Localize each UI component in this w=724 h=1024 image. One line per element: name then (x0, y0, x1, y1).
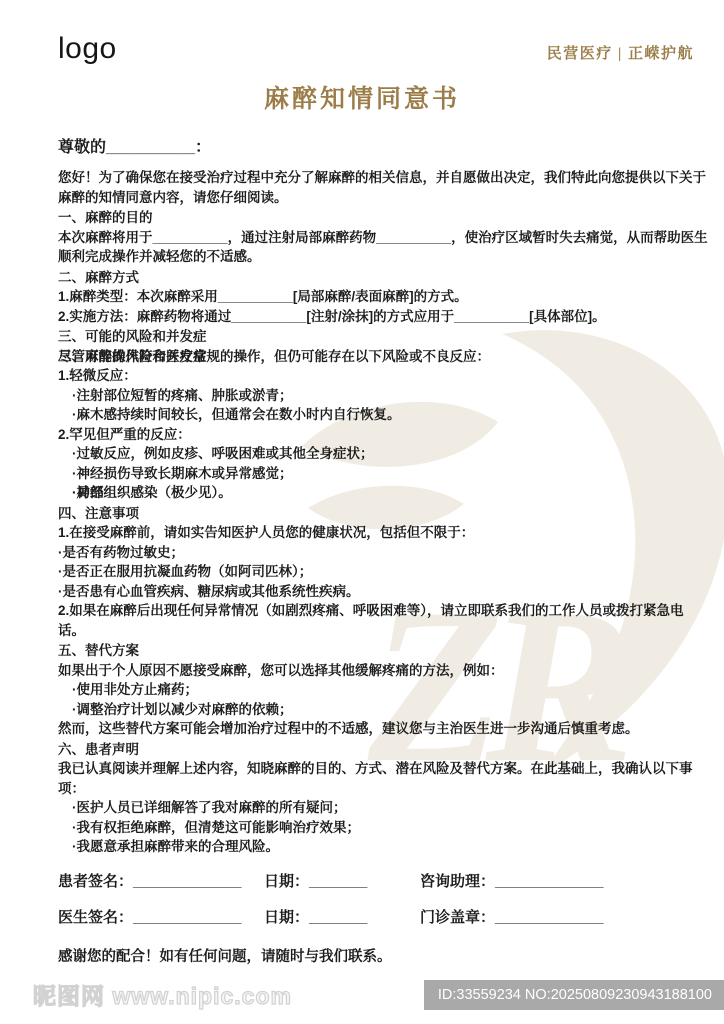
page-title: 麻醉知情同意书 (0, 79, 724, 115)
doc-line: ·是否正在服用抗凝血药物（如阿司匹林）； (58, 562, 710, 582)
doc-line: ·过敏反应，例如皮疹、呼吸困难或其他全身症状； (58, 444, 710, 464)
doc-line: 一、麻醉的目的 (58, 208, 710, 228)
doc-line: 五、替代方案 (58, 641, 710, 661)
doc-line: ·神经损伤导致长期麻木或异常感觉； (58, 464, 710, 484)
signature-field: 患者签名：_____________ (58, 871, 264, 893)
doc-line: 您好！为了确保您在接受治疗过程中充分了解麻醉的相关信息，并自愿做出决定，我们特此… (58, 168, 710, 207)
doc-line: ·我愿意承担麻醉带来的合理风险。 (58, 837, 710, 857)
doc-line: 四、注意事项 (58, 504, 710, 524)
doc-line: 本次麻醉将用于__________，通过注射局部麻醉药物__________，使… (58, 228, 710, 267)
doc-line: 如果出于个人原因不愿接受麻醉，您可以选择其他缓解疼痛的方法，例如： (58, 661, 710, 681)
doc-line: 我已认真阅读并理解上述内容，知晓麻醉的目的、方式、潜在风险及替代方案。在此基础上… (58, 759, 710, 798)
document-body: 尊敬的__________：您好！为了确保您在接受治疗过程中充分了解麻醉的相关信… (0, 115, 724, 968)
doc-line: 三、可能的风险和并发症 (58, 327, 710, 347)
doc-line: 尽管麻醉操作符合医疗常规的操作，但仍可能存在以下风险或不良反应：三、可能的风险和… (58, 347, 710, 367)
signature-field: 咨询助理：_____________ (420, 871, 710, 893)
doc-line: ·局部组织感染（极少见）。·神经 (58, 483, 710, 503)
doc-line: ·医护人员已详细解答了我对麻醉的所有疑问； (58, 798, 710, 818)
doc-line: 1.轻微反应： (58, 366, 710, 386)
doc-line: 2.实施方法：麻醉药物将通过__________[注射/涂抹]的方式应用于___… (58, 307, 710, 327)
signature-field: 日期：_______ (264, 907, 420, 929)
doc-line: 1.麻醉类型：本次麻醉采用__________[局部麻醉/表面麻醉]的方式。 (58, 287, 710, 307)
signature-row: 患者签名：_____________日期：_______咨询助理：_______… (58, 871, 710, 893)
doc-line: ·调整治疗计划以减少对麻醉的依赖； (58, 700, 710, 720)
doc-line: 然而，这些替代方案可能会增加治疗过程中的不适感，建议您与主治医生进一步沟通后慎重… (58, 719, 710, 739)
doc-line: 二、麻醉方式 (58, 268, 710, 288)
doc-line: 1.在接受麻醉前，请如实告知医护人员您的健康状况，包括但不限于： (58, 523, 710, 543)
doc-line: 感谢您的配合！如有任何问题，请随时与我们联系。 (58, 946, 710, 968)
doc-line: ·注射部位短暂的疼痛、肿胀或淤青； (58, 386, 710, 406)
doc-text-overlap: ·神经 (72, 483, 104, 503)
header: logo 民营医疗 | 正嵘护航 (0, 0, 724, 64)
page: ZR logo 民营医疗 | 正嵘护航 麻醉知情同意书 尊敬的_________… (0, 0, 724, 1024)
doc-line: ·使用非处方止痛药； (58, 680, 710, 700)
signature-field: 医生签名：_____________ (58, 907, 264, 929)
nipic-watermark: 昵图网 www.nipic.com (33, 978, 292, 1011)
stock-id-bar: ID:33559234 NO:20250809230943188100 (424, 980, 724, 1010)
doc-text-overlap: 三、可能的风险和并发症 (58, 347, 207, 367)
doc-line: ·是否患有心血管疾病、糖尿病或其他系统性疾病。 (58, 582, 710, 602)
brand-logo: logo (58, 34, 117, 64)
signature-field: 门诊盖章：_____________ (420, 907, 710, 929)
doc-line: 2.罕见但严重的反应： (58, 425, 710, 445)
doc-line: 六、患者声明 (58, 740, 710, 760)
doc-line: 尊敬的__________： (58, 136, 710, 160)
signature-row: 医生签名：_____________日期：_______门诊盖章：_______… (58, 907, 710, 929)
doc-line: ·是否有药物过敏史； (58, 543, 710, 563)
doc-line: ·我有权拒绝麻醉，但清楚这可能影响治疗效果； (58, 818, 710, 838)
doc-line: 2.如果在麻醉后出现任何异常情况（如剧烈疼痛、呼吸困难等），请立即联系我们的工作… (58, 601, 710, 640)
brand-tagline: 民营医疗 | 正嵘护航 (547, 45, 694, 65)
signature-field: 日期：_______ (264, 871, 420, 893)
doc-line: ·麻木感持续时间较长，但通常会在数小时内自行恢复。 (58, 405, 710, 425)
